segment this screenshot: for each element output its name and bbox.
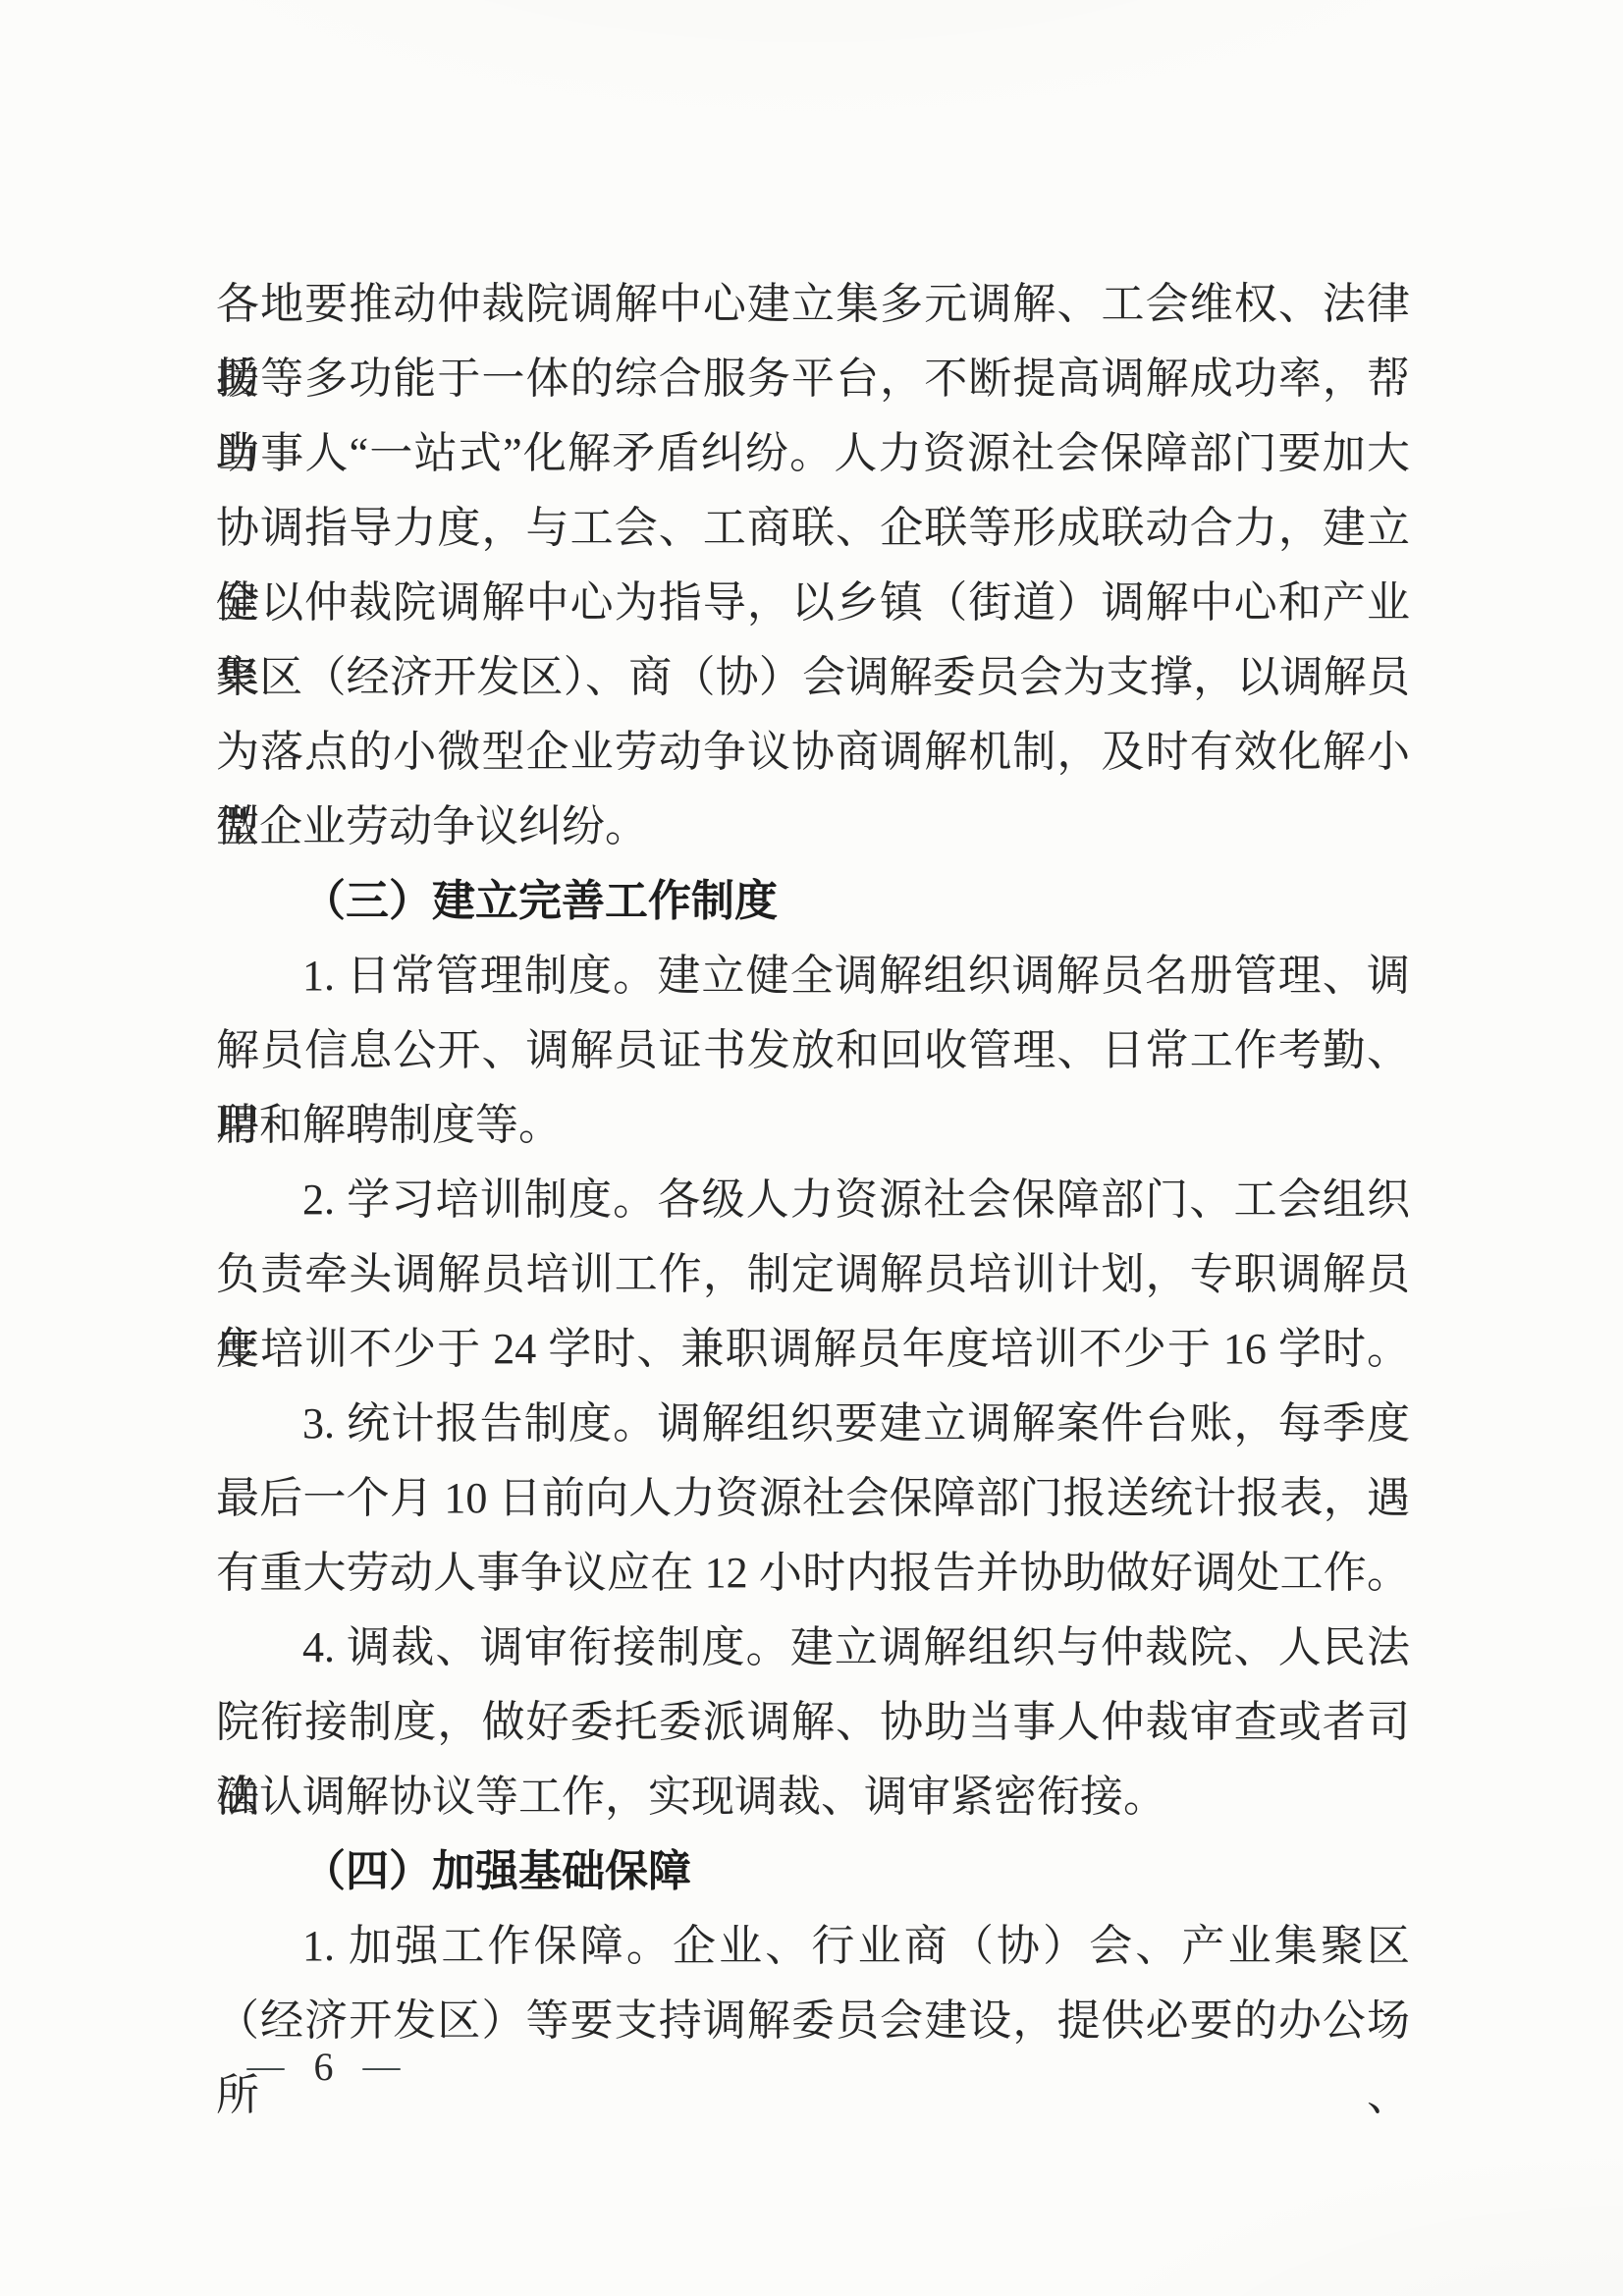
text-line: 确认调解协议等工作，实现调裁、调审紧密衔接。: [216, 1760, 1410, 1834]
document-body: 各地要推动仲裁院调解中心建立集多元调解、工会维权、法律援 助等多功能于一体的综合…: [216, 267, 1410, 2058]
text-line: 有重大劳动人事争议应在 12 小时内报告并协助做好调处工作。: [216, 1536, 1410, 1611]
text-line: 助等多功能于一体的综合服务平台，不断提高调解成功率，帮助: [216, 342, 1410, 416]
footer-dash-right: —: [363, 2045, 401, 2088]
text-line: 聚区（经济开发区）、商（协）会调解委员会为支撑，以调解员: [216, 640, 1410, 715]
text-line: 1. 加强工作保障。企业、行业商（协）会、产业集聚区: [216, 1909, 1410, 1984]
text-line: 为落点的小微型企业劳动争议协商调解机制，及时有效化解小微: [216, 715, 1410, 790]
text-line: 负责牵头调解员培训工作，制定调解员培训计划，专职调解员年: [216, 1237, 1410, 1312]
section-heading: （四）加强基础保障: [216, 1834, 1410, 1909]
text-line: 型企业劳动争议纠纷。: [216, 790, 1410, 864]
text-line: 3. 统计报告制度。调解组织要建立调解案件台账，每季度: [216, 1387, 1410, 1461]
text-line: 各地要推动仲裁院调解中心建立集多元调解、工会维权、法律援: [216, 267, 1410, 342]
text-line: 解员信息公开、调解员证书发放和回收管理、日常工作考勤、聘: [216, 1013, 1410, 1088]
text-line: 当事人“一站式”化解矛盾纠纷。人力资源社会保障部门要加大: [216, 416, 1410, 491]
text-line: 用和解聘制度等。: [216, 1088, 1410, 1163]
text-line: 协调指导力度，与工会、工商联、企联等形成联动合力，建立健: [216, 491, 1410, 566]
text-line: 2. 学习培训制度。各级人力资源社会保障部门、工会组织: [216, 1163, 1410, 1237]
footer-dash-left: —: [247, 2045, 285, 2088]
text-line: 全以仲裁院调解中心为指导，以乡镇（街道）调解中心和产业集: [216, 566, 1410, 640]
text-line: 1. 日常管理制度。建立健全调解组织调解员名册管理、调: [216, 939, 1410, 1013]
document-page: 各地要推动仲裁院调解中心建立集多元调解、工会维权、法律援 助等多功能于一体的综合…: [0, 0, 1623, 2296]
text-line: 度培训不少于 24 学时、兼职调解员年度培训不少于 16 学时。: [216, 1312, 1410, 1387]
page-number: 6: [314, 2044, 334, 2090]
page-footer: — 6 —: [218, 2039, 429, 2094]
section-heading: （三）建立完善工作制度: [216, 864, 1410, 939]
text-line: 4. 调裁、调审衔接制度。建立调解组织与仲裁院、人民法: [216, 1611, 1410, 1685]
text-line: 院衔接制度，做好委托委派调解、协助当事人仲裁审查或者司法: [216, 1685, 1410, 1760]
text-line: 最后一个月 10 日前向人力资源社会保障部门报送统计报表，遇: [216, 1461, 1410, 1536]
